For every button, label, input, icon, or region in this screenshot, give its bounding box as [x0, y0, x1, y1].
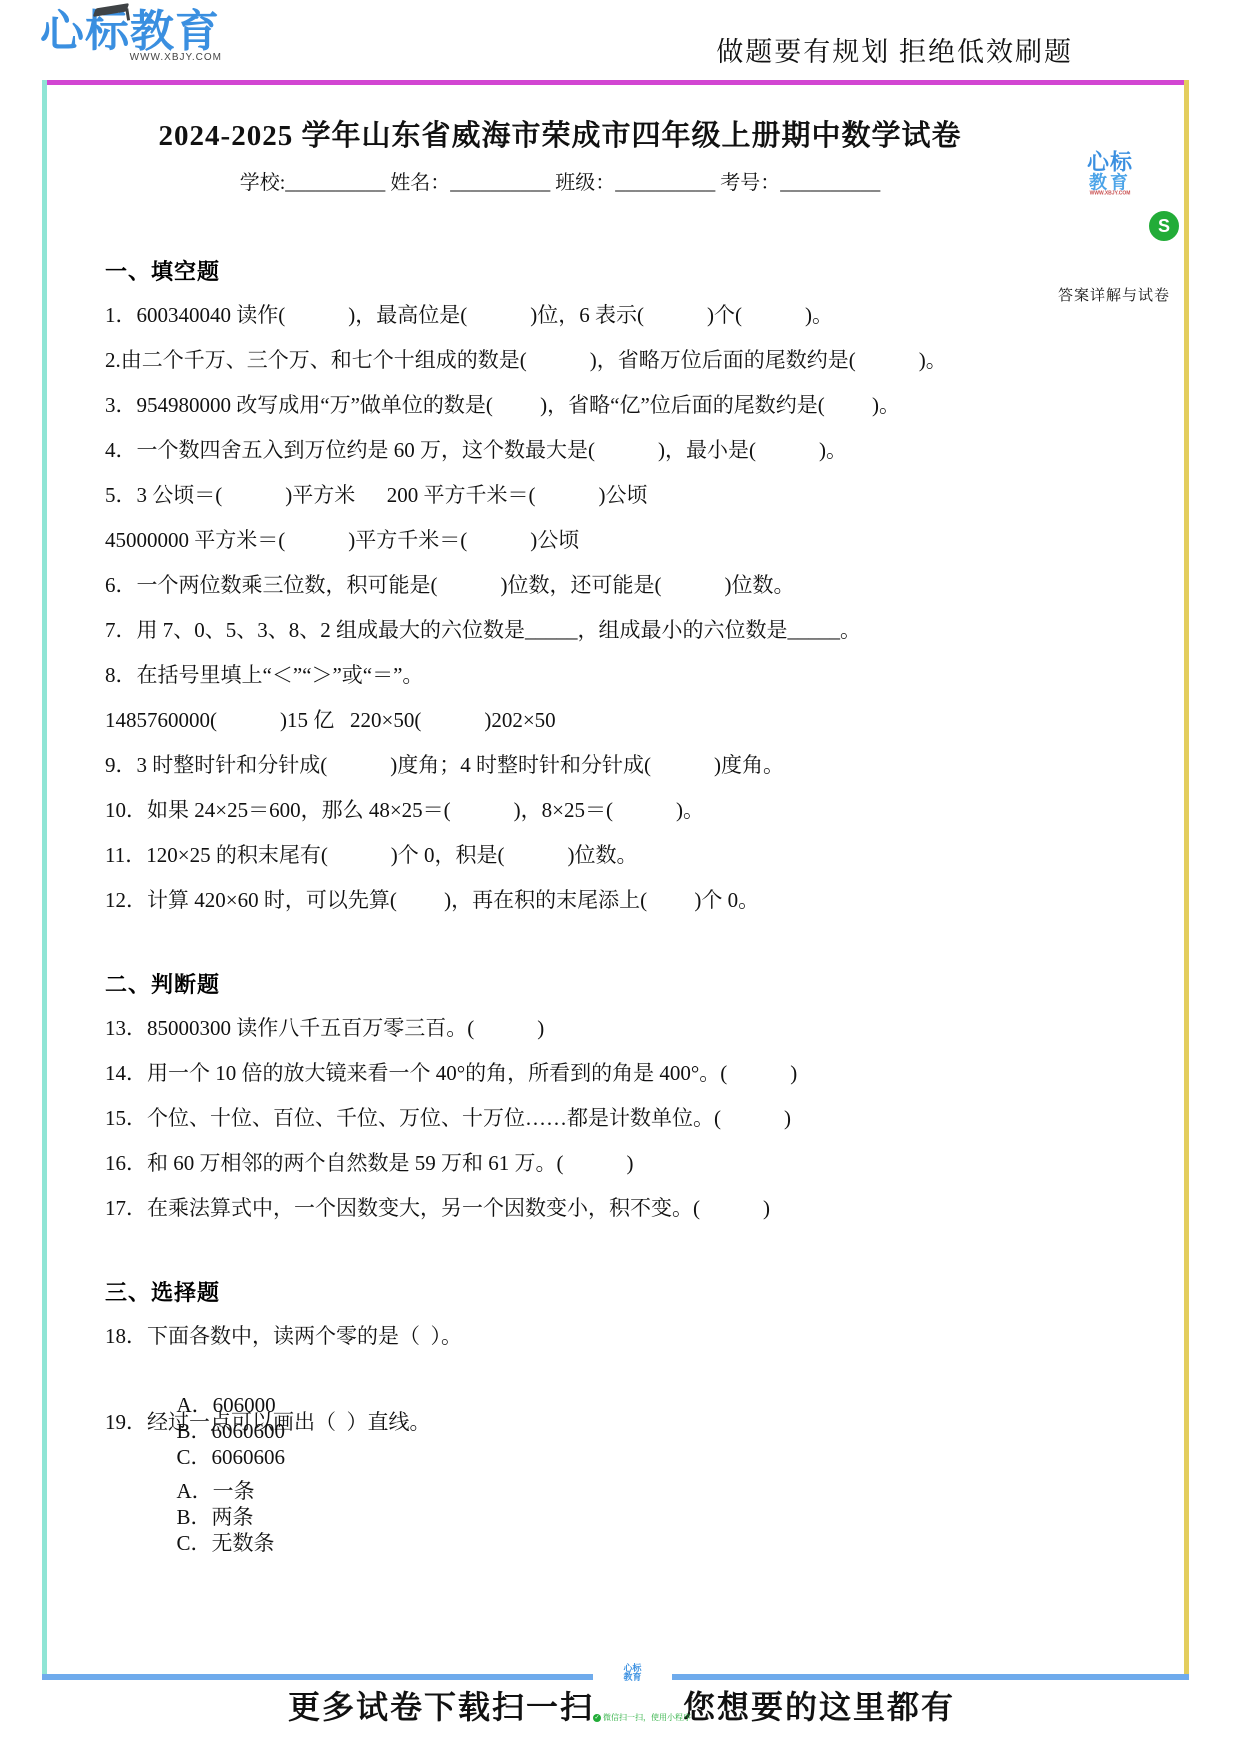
question-14: 14．用一个 10 倍的放大镜来看一个 40°的角，所看到的角是 400°。( …	[105, 1060, 1120, 1105]
wechat-miniprogram-icon: S	[1146, 208, 1182, 244]
frame-left-line	[42, 80, 47, 1676]
section-heading-fill: 一、填空题	[105, 255, 1120, 286]
question-1: 1．600340040 读作( )，最高位是( )位，6 表示( )个( )。	[105, 302, 1120, 347]
option-19-c: C．无数条	[177, 1530, 275, 1556]
brand-logo: 心标教育 WWW.XBJY.COM	[40, 10, 220, 54]
question-2: 2.由二个千万、三个万、和七个十组成的数是( )，省略万位后面的尾数约是( )。	[105, 347, 1120, 392]
section-heading-judge: 二、判断题	[105, 968, 1120, 999]
question-15: 15．个位、十位、百位、千位、万位、十万位……都是计数单位。( )	[105, 1105, 1120, 1150]
page-header: 心标教育 WWW.XBJY.COM 做题要有规划 拒绝低效刷题	[0, 0, 1240, 80]
wechat-check-icon: ✓	[593, 1714, 601, 1722]
option-19-a: A．一条	[177, 1478, 397, 1504]
question-5-cont: 45000000 平方米＝( )平方千米＝( )公顷	[105, 527, 1120, 572]
student-info-line: 学校:__________ 姓名：__________ 班级：_________…	[60, 166, 1060, 195]
page-title: 2024-2025 学年山东省威海市荣成市四年级上册期中数学试卷	[60, 113, 1060, 154]
option-18-c: C．6060606	[177, 1444, 286, 1470]
question-12: 12．计算 420×60 时，可以先算( )，再在积的末尾添上( )个 0。	[105, 887, 1120, 932]
question-17: 17．在乘法算式中，一个因数变大，另一个因数变小，积不变。( )	[105, 1195, 1120, 1240]
question-5: 5．3 公顷＝( )平方米 200 平方千米＝( )公顷	[105, 482, 1120, 527]
exam-paper-page: 心标教育 WWW.XBJY.COM 做题要有规划 拒绝低效刷题 2024-202…	[0, 0, 1240, 1754]
footer-right-text: 您想要的这里都有	[683, 1682, 955, 1728]
question-9: 9．3 时整时针和分针成( )度角；4 时整时针和分针成( )度角。	[105, 752, 1120, 797]
footer-left-text: 更多试卷下载扫一扫	[288, 1682, 594, 1728]
qr-code-footer: 心标 教育 ✓微信扫一扫，使用小程序	[593, 1636, 672, 1724]
question-16: 16．和 60 万相邻的两个自然数是 59 万和 61 万。( )	[105, 1150, 1120, 1195]
section-heading-choice: 三、选择题	[105, 1276, 1120, 1307]
question-13: 13．85000300 读作八千五百万零三百。( )	[105, 1015, 1120, 1060]
question-10: 10．如果 24×25＝600，那么 48×25＝( )，8×25＝( )。	[105, 797, 1120, 842]
question-7: 7．用 7、0、5、3、8、2 组成最大的六位数是_____，组成最小的六位数是…	[105, 617, 1120, 662]
question-8-cont: 1485760000( )15 亿 220×50( )202×50	[105, 707, 1120, 752]
brand-logo-url: WWW.XBJY.COM	[130, 52, 222, 63]
qr-top-center-logo: 心标 教育 WWW.XBJY.COM	[1087, 152, 1133, 197]
frame-top-line	[42, 80, 1189, 85]
question-18-options: A．606000 B．6060600 C．6060606	[105, 1366, 1120, 1409]
question-6: 6．一个两位数乘三位数，积可能是( )位数，还可能是( )位数。	[105, 572, 1120, 617]
question-8: 8．在括号里填上“＜”“＞”或“＝”。	[105, 662, 1120, 707]
qr-code-top: 心标 教育 WWW.XBJY.COM S	[1036, 102, 1184, 250]
exam-content: 一、填空题 1．600340040 读作( )，最高位是( )位，6 表示( )…	[105, 255, 1120, 1495]
header-slogan: 做题要有规划 拒绝低效刷题	[716, 30, 1073, 69]
option-19-b: B．两条	[177, 1504, 437, 1530]
qr-footer-center-logo: 心标 教育	[622, 1664, 642, 1683]
qr-footer-caption: ✓微信扫一扫，使用小程序	[593, 1712, 672, 1723]
frame-right-line	[1184, 80, 1189, 1676]
brand-logo-text: 心标教育	[40, 10, 220, 54]
question-11: 11．120×25 的积末尾有( )个 0，积是( )位数。	[105, 842, 1120, 887]
question-3: 3．954980000 改写成用“万”做单位的数是( )，省略“亿”位后面的尾数…	[105, 392, 1120, 437]
question-18: 18．下面各数中，读两个零的是（ ）。	[105, 1323, 1120, 1366]
question-4: 4．一个数四舍五入到万位约是 60 万，这个数最大是( )，最小是( )。	[105, 437, 1120, 482]
